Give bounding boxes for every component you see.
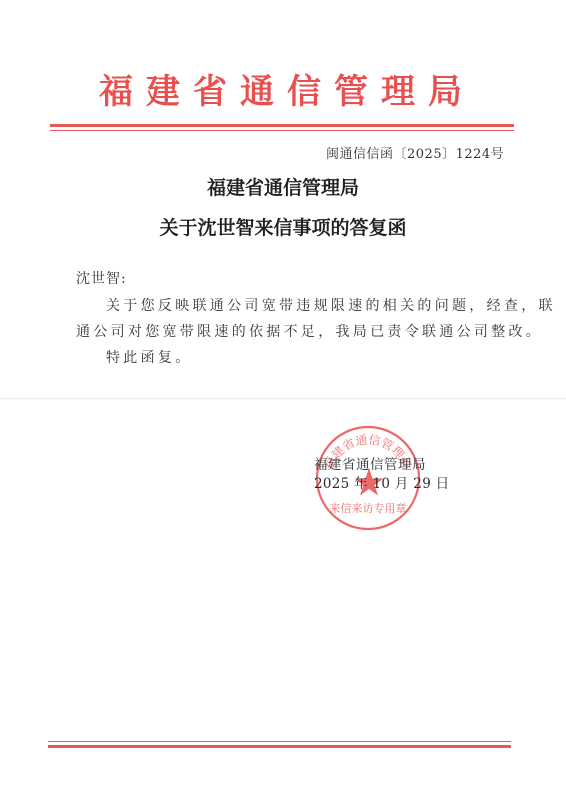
masthead-title: 福建省通信管理局 xyxy=(0,70,566,114)
document-title-line1: 福建省通信管理局 xyxy=(0,173,566,200)
footer-rule-thick xyxy=(48,745,511,748)
header-rule-thin xyxy=(50,130,514,131)
scan-artifact-line xyxy=(0,398,566,399)
header-rule-thick xyxy=(50,124,514,127)
paragraph-line-1: 关于您反映联通公司宽带违规限速的相关的问题，经查，联 xyxy=(106,295,556,315)
paragraph-line-2: 通公司对您宽带限速的依据不足，我局已责令联通公司整改。 xyxy=(76,321,543,341)
footer-rule-thin xyxy=(48,741,511,742)
seal-bottom-text: 来信来访专用章 xyxy=(330,501,407,515)
document-number: 闽通信信函〔2025〕1224号 xyxy=(326,143,504,162)
signature-date: 2025 年 10 月 29 日 xyxy=(314,472,449,492)
closing-line: 特此函复。 xyxy=(106,347,193,367)
signature-organization: 福建省通信管理局 xyxy=(314,453,426,473)
salutation: 沈世智: xyxy=(76,268,127,288)
document-title-line2: 关于沈世智来信事项的答复函 xyxy=(0,213,566,240)
